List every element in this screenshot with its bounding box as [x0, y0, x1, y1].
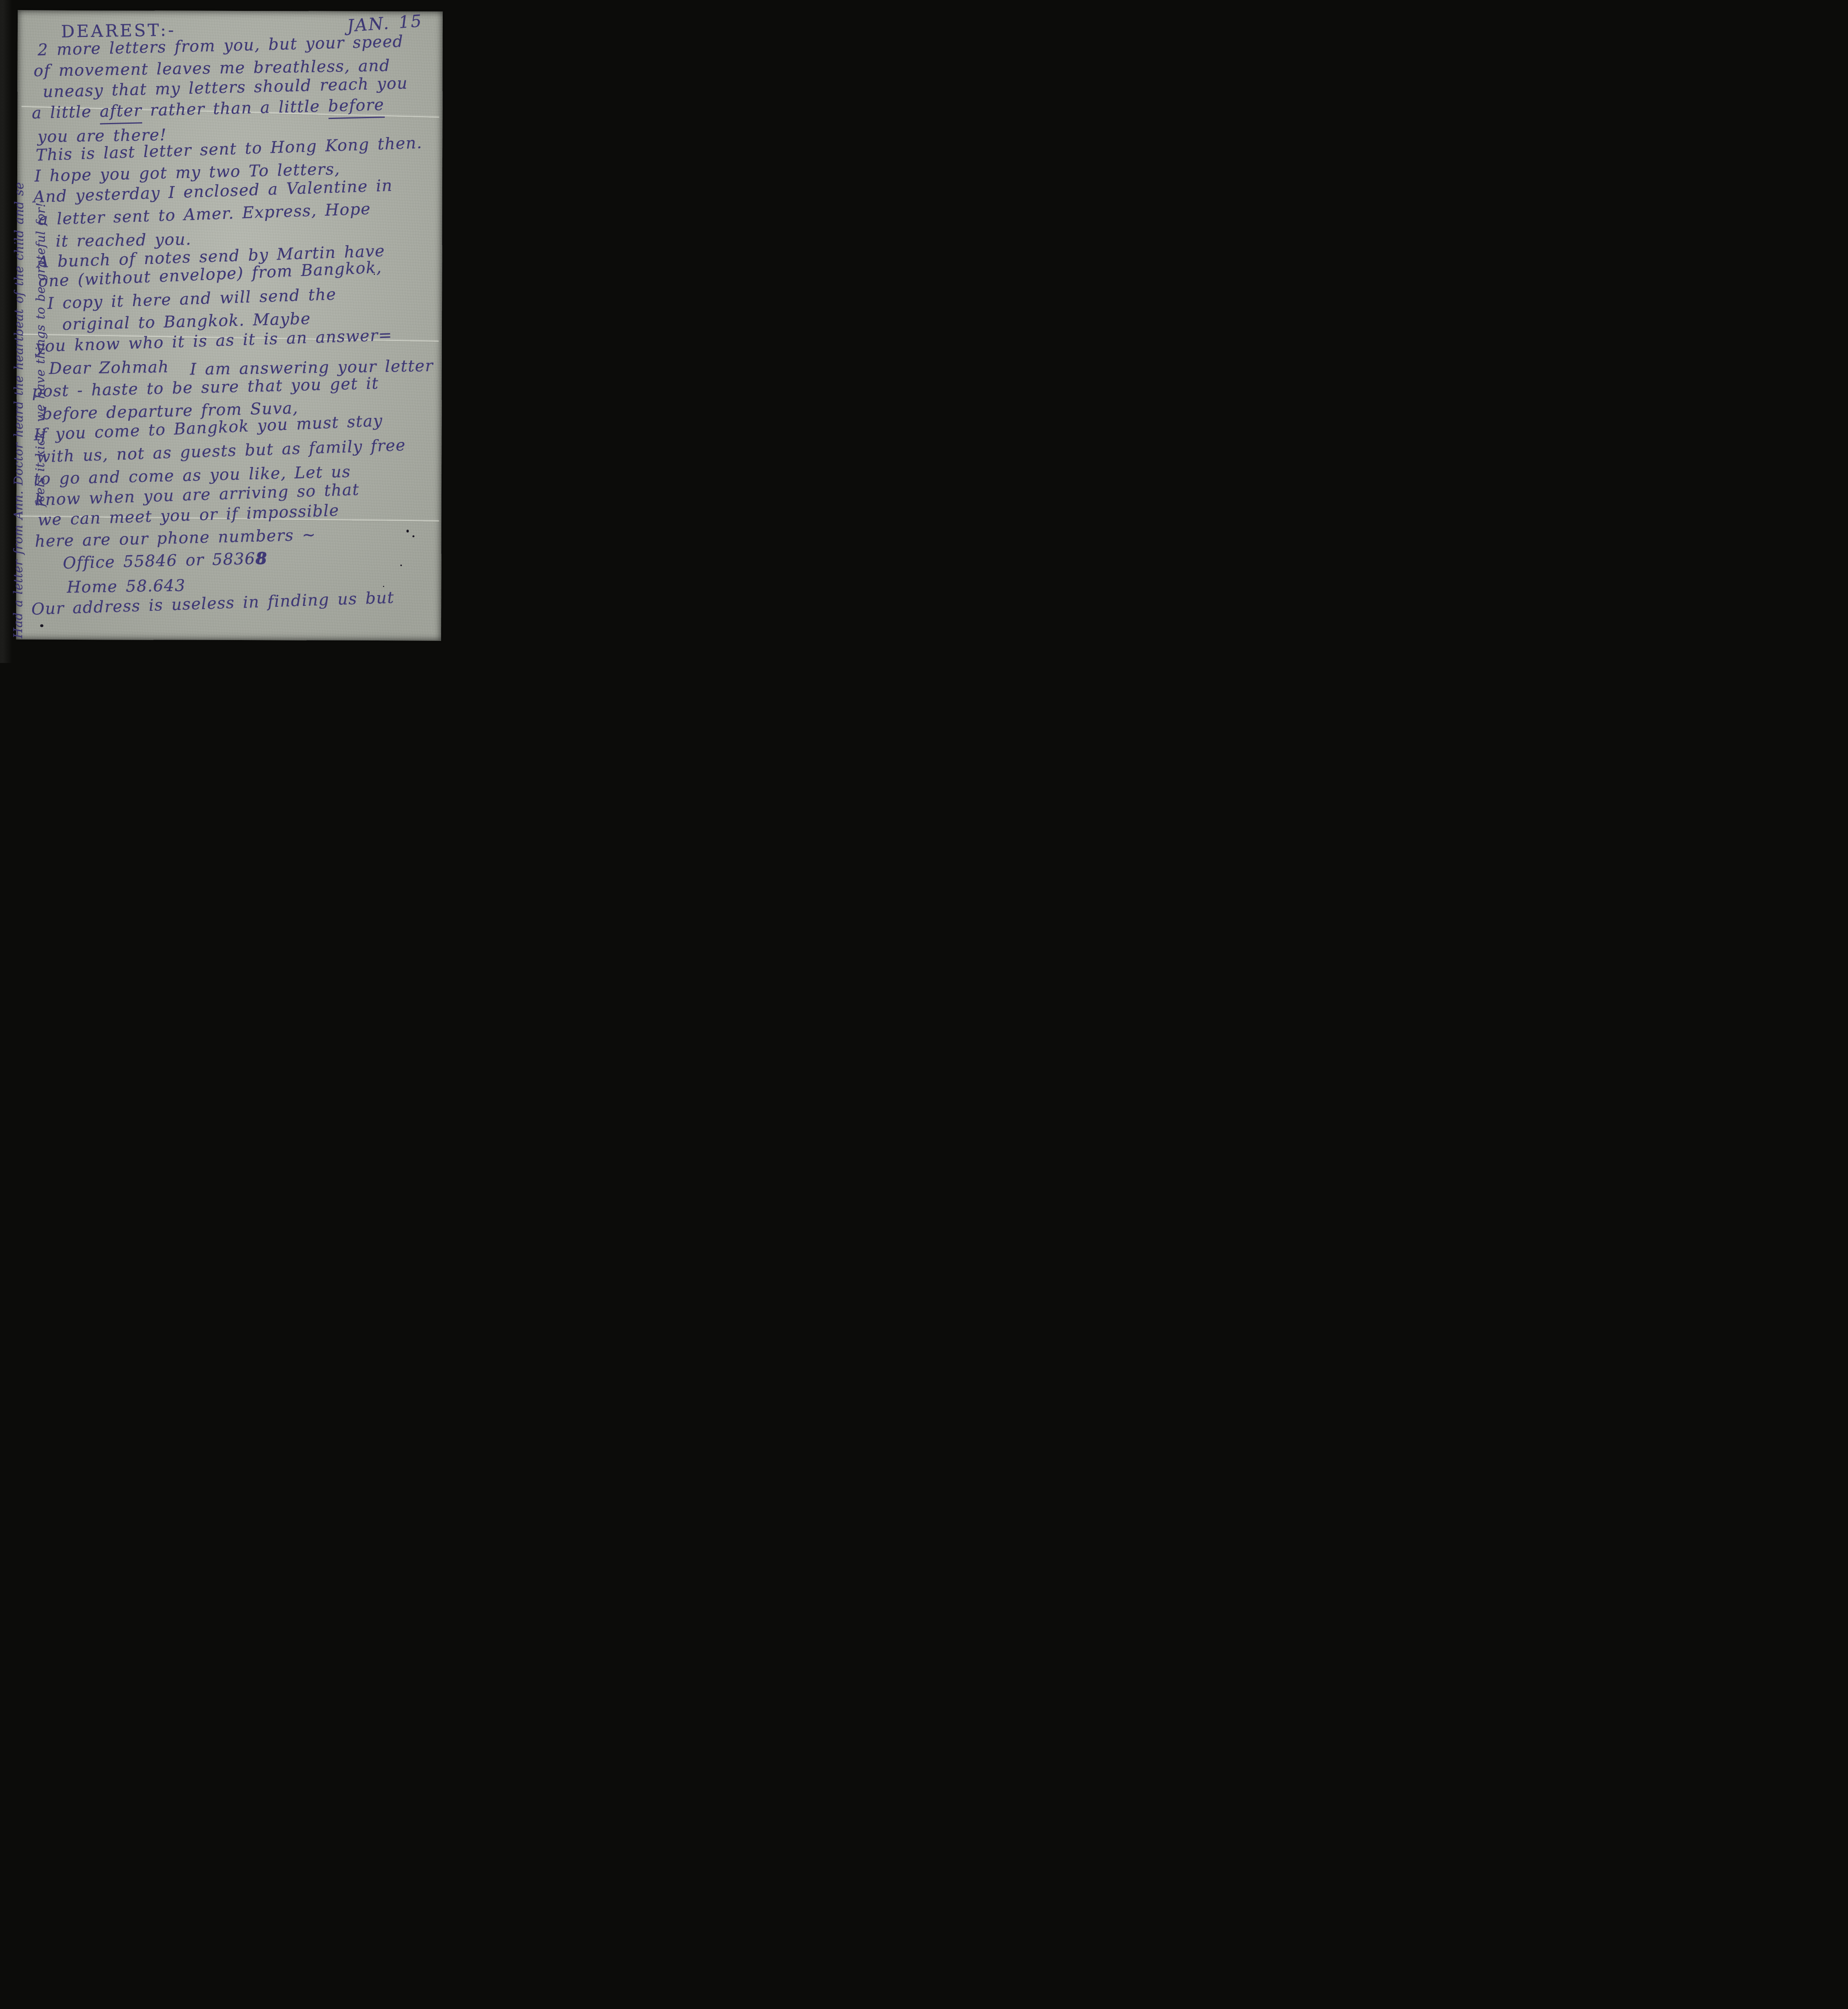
- line-segment: Office 55846 or 5836: [63, 550, 256, 573]
- line-gap: [169, 372, 190, 372]
- letter-line: post - haste to be sure that you get it: [32, 374, 379, 401]
- ink-speck: [374, 274, 375, 275]
- ink-speck: [413, 535, 415, 537]
- ink-speck: [407, 530, 409, 532]
- letter-line: Home 58.643: [67, 577, 186, 597]
- overwritten-digit: 8: [255, 549, 267, 568]
- letter-line: a little after rather than a little befo…: [32, 96, 385, 126]
- letter-page: DEAREST:- JAN. 15 2 more letters from yo…: [16, 10, 443, 641]
- underlined-word-after: after: [100, 102, 142, 124]
- line-segment: rather than a little: [142, 97, 329, 120]
- letter-line: I copy it here and will send the: [47, 285, 337, 313]
- underlined-word-before: before: [328, 97, 384, 119]
- ink-speck: [400, 565, 402, 566]
- inner-salutation: Dear Zohmah: [49, 358, 169, 378]
- margin-note-outer: Had a letter from Ann. Doctor heard the …: [11, 182, 27, 638]
- letter-line: Office 55846 or 58368: [63, 549, 268, 573]
- line-segment: a little: [32, 102, 100, 123]
- ink-speck: [40, 624, 43, 627]
- ink-speck: [383, 586, 384, 587]
- letter-line: here are our phone numbers ~: [35, 526, 316, 550]
- margin-note-inner: feels it kick. we have things to be grat…: [33, 203, 48, 507]
- letter-date: JAN. 15: [346, 11, 423, 36]
- letter-line: it reached you.: [55, 230, 192, 251]
